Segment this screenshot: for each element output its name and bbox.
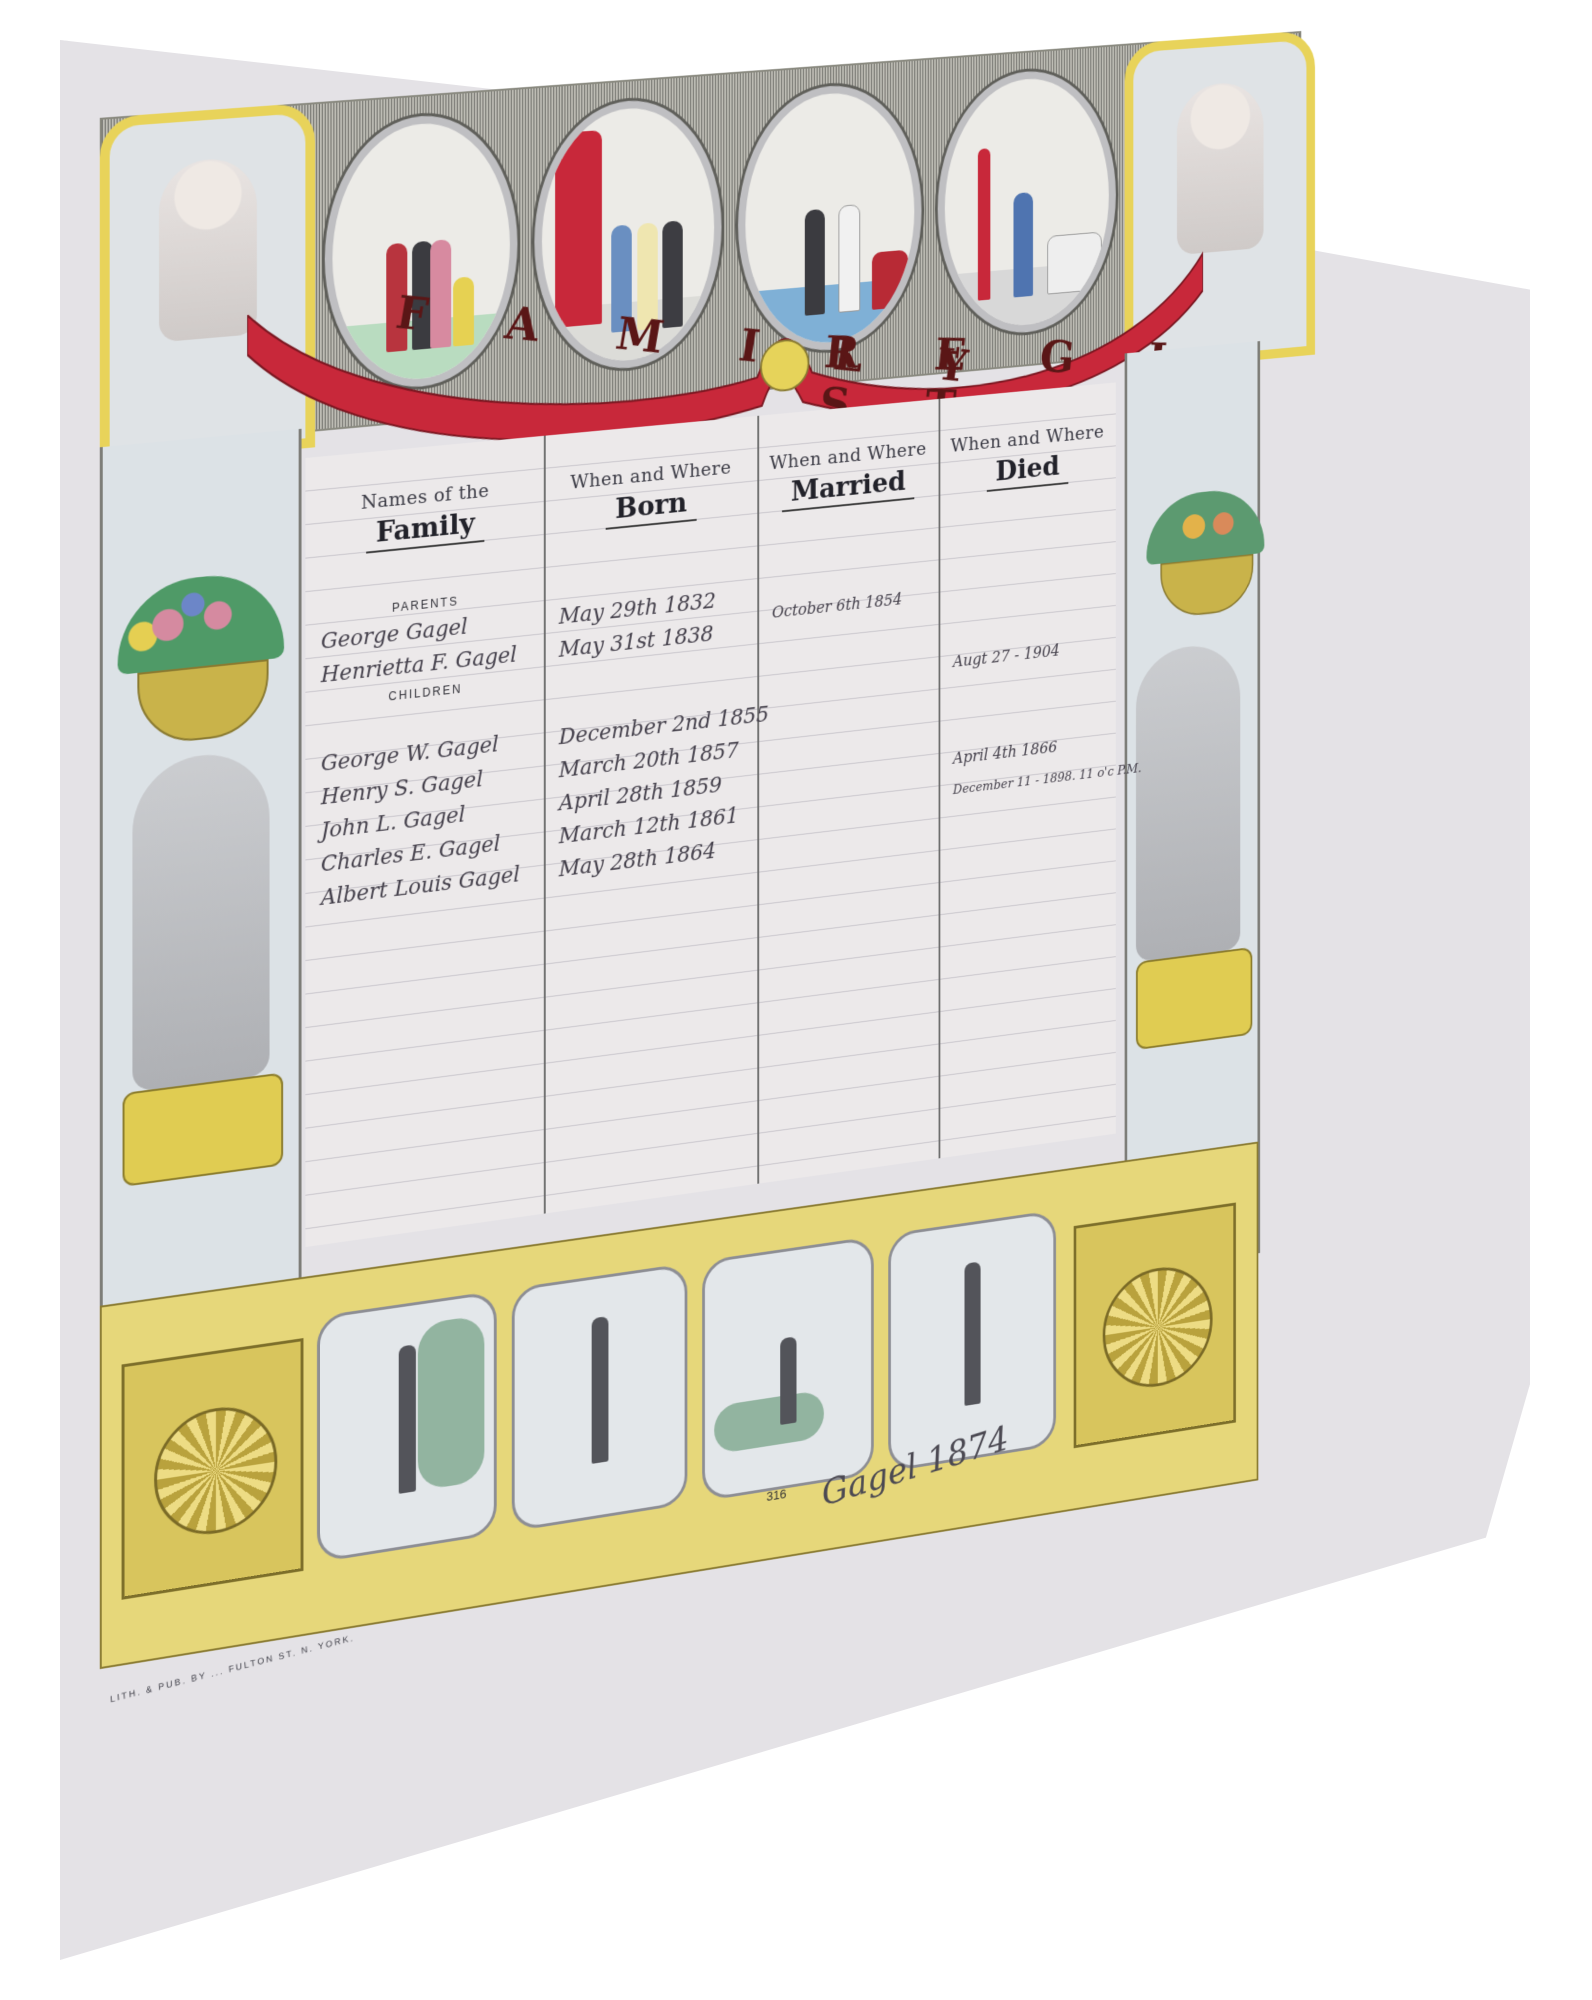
pedestal-icon <box>1136 947 1252 1050</box>
flower-basket-icon <box>118 569 284 745</box>
right-pillar <box>1125 341 1260 1273</box>
kneeling-angel-icon <box>132 748 269 1092</box>
scene-reaper <box>512 1263 688 1532</box>
column-died: When and Where Died Augt 27 - 1904 April… <box>939 382 1116 1158</box>
kneeling-angel-icon <box>1136 641 1240 962</box>
cherub-figure-icon <box>1177 80 1264 255</box>
column-names: Names of the Family PARENTS George Gagel… <box>305 436 545 1247</box>
scene-binding-sheaves <box>702 1236 874 1502</box>
column-header-died: When and Where Died <box>939 382 1116 541</box>
column-born: When and Where Born May 29th 1832 May 31… <box>544 416 759 1214</box>
rosette-ornament-icon <box>1074 1203 1236 1449</box>
column-header-born: When and Where Born <box>544 416 757 582</box>
scene-sower <box>317 1290 497 1562</box>
pedestal-icon <box>123 1072 284 1187</box>
cherub-figure-icon <box>159 156 257 342</box>
column-married: When and Where Married October 6th 1854 <box>757 399 940 1184</box>
column-header-married: When and Where Married <box>757 399 938 560</box>
left-pillar <box>100 429 302 1426</box>
rosette-ornament-icon <box>122 1338 304 1600</box>
fruit-basket-icon <box>1146 486 1264 618</box>
column-header-names: Names of the Family <box>305 436 543 606</box>
register-table: Names of the Family PARENTS George Gagel… <box>305 382 1115 1247</box>
farm-season-scenes <box>317 1210 1056 1563</box>
family-register-print: F A M I L Y R E G I S T E R Names of the… <box>70 0 1324 1780</box>
